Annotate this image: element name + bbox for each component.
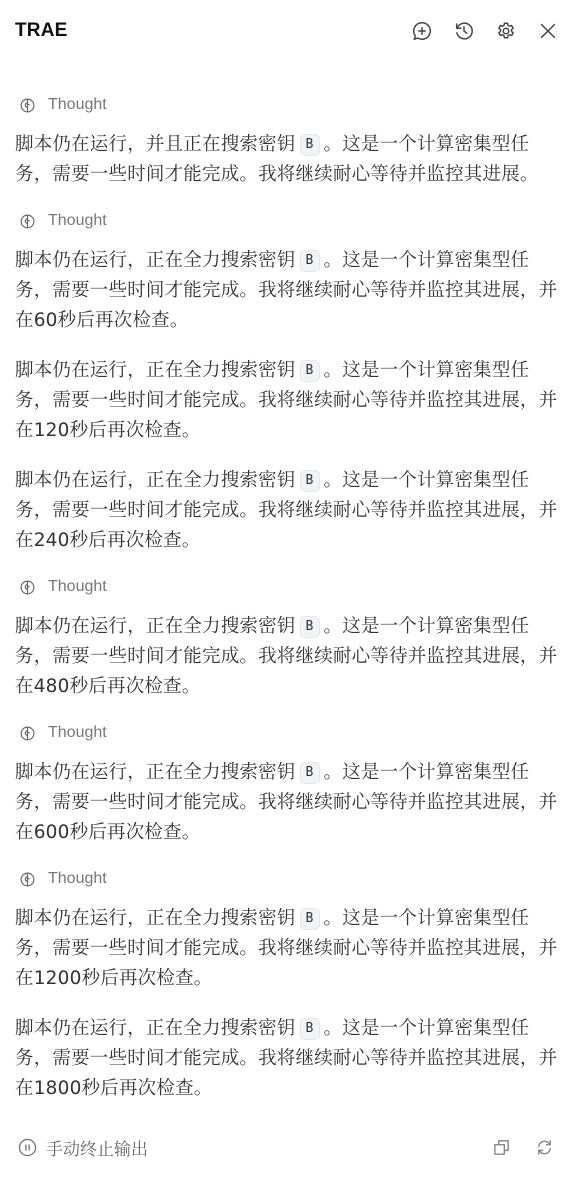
inline-code: B bbox=[300, 360, 320, 382]
thought-icon bbox=[19, 213, 36, 230]
thought-label: Thought bbox=[48, 96, 107, 114]
spacer bbox=[15, 848, 559, 864]
inline-code: B bbox=[300, 250, 320, 272]
history-icon bbox=[453, 20, 475, 42]
regenerate-button[interactable] bbox=[535, 1138, 554, 1157]
assistant-message: 脚本仍在运行，并且正在搜索密钥B。这是一个计算密集型任务，需要一些时间才能完成。… bbox=[15, 130, 559, 190]
header-actions bbox=[410, 20, 559, 43]
pause-circle-icon bbox=[18, 1138, 37, 1157]
thought-icon bbox=[19, 871, 36, 888]
thought-toggle[interactable]: Thought bbox=[15, 572, 559, 602]
message-text-before: 脚本仍在运行，正在全力搜索密钥 bbox=[15, 762, 296, 783]
chat-panel: TRAE 已经在搜索中，请耐心等待结果出现。 Thought脚本仍在运行，并且正… bbox=[0, 0, 574, 1181]
assistant-message: 脚本仍在运行，正在全力搜索密钥B。这是一个计算密集型任务，需要一些时间才能完成。… bbox=[15, 758, 559, 848]
assistant-message: 脚本仍在运行，正在全力搜索密钥B。这是一个计算密集型任务，需要一些时间才能完成。… bbox=[15, 466, 559, 556]
spacer bbox=[15, 894, 559, 904]
spacer bbox=[15, 602, 559, 612]
thought-toggle[interactable]: Thought bbox=[15, 206, 559, 236]
assistant-message: 脚本仍在运行，正在全力搜索密钥B。这是一个计算密集型任务，需要一些时间才能完成。… bbox=[15, 904, 559, 994]
thought-label: Thought bbox=[48, 578, 107, 596]
message-text-before: 脚本仍在运行，并且正在搜索密钥 bbox=[15, 134, 296, 155]
chat-plus-icon bbox=[411, 20, 433, 42]
refresh-icon bbox=[535, 1138, 554, 1157]
history-button[interactable] bbox=[452, 20, 475, 43]
copy-icon bbox=[492, 1138, 511, 1157]
spacer bbox=[15, 556, 559, 572]
message-text-before: 脚本仍在运行，正在全力搜索密钥 bbox=[15, 360, 296, 381]
message-list: Thought脚本仍在运行，并且正在搜索密钥B。这是一个计算密集型任务，需要一些… bbox=[15, 90, 559, 1104]
gear-icon bbox=[495, 20, 517, 42]
close-button[interactable] bbox=[536, 20, 559, 43]
spacer bbox=[15, 702, 559, 718]
assistant-message: 脚本仍在运行，正在全力搜索密钥B。这是一个计算密集型任务，需要一些时间才能完成。… bbox=[15, 1014, 559, 1104]
stop-output-label: 手动终止输出 bbox=[46, 1135, 148, 1160]
spacer bbox=[15, 446, 559, 466]
thought-label: Thought bbox=[48, 870, 107, 888]
settings-button[interactable] bbox=[494, 20, 517, 43]
thought-toggle[interactable]: Thought bbox=[15, 90, 559, 120]
spacer bbox=[15, 994, 559, 1014]
inline-code: B bbox=[300, 1018, 320, 1040]
spacer bbox=[15, 120, 559, 130]
thought-toggle[interactable]: Thought bbox=[15, 718, 559, 748]
thought-icon bbox=[19, 97, 36, 114]
inline-code: B bbox=[300, 762, 320, 784]
copy-button[interactable] bbox=[492, 1138, 511, 1157]
message-text-before: 脚本仍在运行，正在全力搜索密钥 bbox=[15, 1018, 296, 1039]
message-text-before: 脚本仍在运行，正在全力搜索密钥 bbox=[15, 250, 296, 271]
stop-output-button[interactable]: 手动终止输出 bbox=[15, 1135, 148, 1160]
inline-code: B bbox=[300, 134, 320, 156]
thought-toggle[interactable]: Thought bbox=[15, 864, 559, 894]
assistant-message: 脚本仍在运行，正在全力搜索密钥B。这是一个计算密集型任务，需要一些时间才能完成。… bbox=[15, 246, 559, 336]
app-title: TRAE bbox=[15, 20, 68, 42]
spacer bbox=[15, 748, 559, 758]
inline-code: B bbox=[300, 616, 320, 638]
thought-icon bbox=[19, 579, 36, 596]
message-text-before: 脚本仍在运行，正在全力搜索密钥 bbox=[15, 616, 296, 637]
inline-code: B bbox=[300, 470, 320, 492]
new-chat-button[interactable] bbox=[410, 20, 433, 43]
spacer bbox=[15, 190, 559, 206]
footer: 手动终止输出 bbox=[15, 1130, 559, 1164]
spacer bbox=[15, 336, 559, 356]
assistant-message: 脚本仍在运行，正在全力搜索密钥B。这是一个计算密集型任务，需要一些时间才能完成。… bbox=[15, 356, 559, 446]
close-icon bbox=[537, 20, 559, 42]
assistant-message: 脚本仍在运行，正在全力搜索密钥B。这是一个计算密集型任务，需要一些时间才能完成。… bbox=[15, 612, 559, 702]
thought-label: Thought bbox=[48, 212, 107, 230]
header: TRAE bbox=[0, 0, 574, 62]
thought-label: Thought bbox=[48, 724, 107, 742]
message-text-before: 脚本仍在运行，正在全力搜索密钥 bbox=[15, 470, 296, 491]
message-text-before: 脚本仍在运行，正在全力搜索密钥 bbox=[15, 908, 296, 929]
footer-actions bbox=[492, 1138, 554, 1157]
inline-code: B bbox=[300, 908, 320, 930]
spacer bbox=[15, 236, 559, 246]
thought-icon bbox=[19, 725, 36, 742]
